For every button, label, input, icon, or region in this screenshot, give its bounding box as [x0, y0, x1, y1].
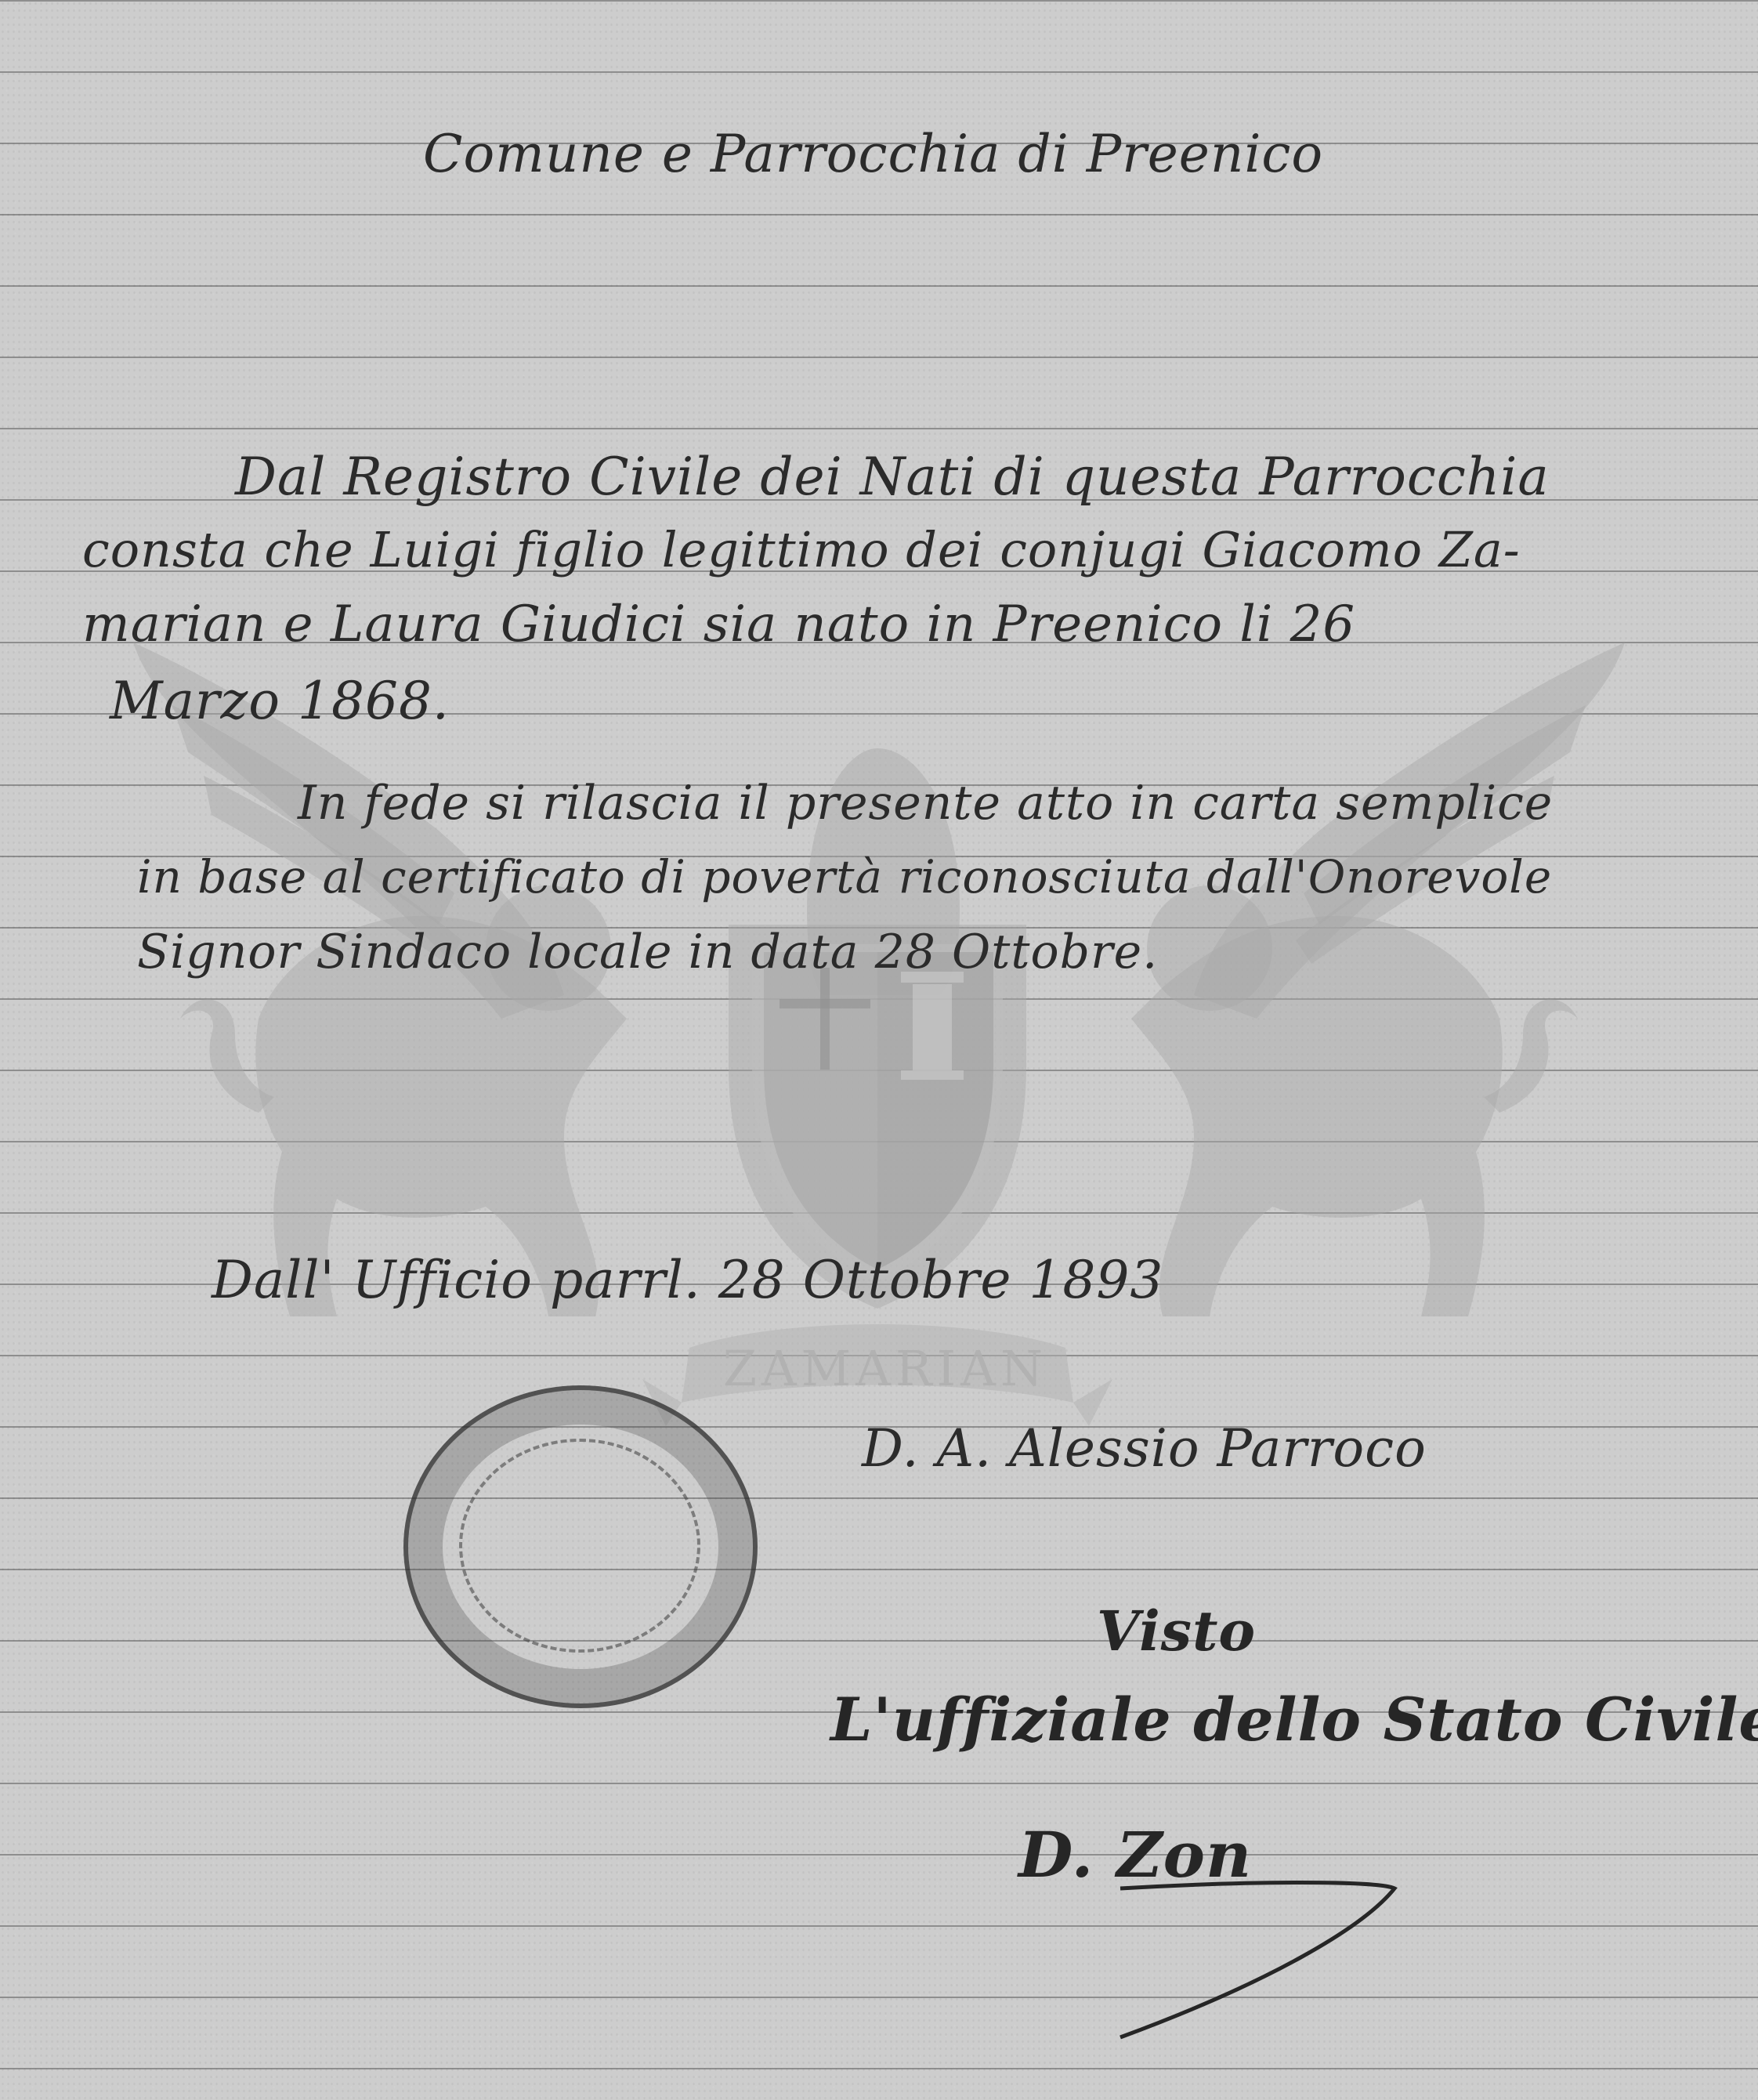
body-line-6: in base al certificato di povertà ricono… — [137, 850, 1552, 903]
document-page: ZAMARIAN Comune e Parrocchia di Preenico… — [0, 0, 1758, 2100]
column-icon — [901, 972, 964, 1080]
shield-right-half — [877, 952, 993, 1269]
document-header: Comune e Parrocchia di Preenico — [423, 124, 1323, 184]
official-signature: L'uffiziale dello Stato Civile — [830, 1685, 1758, 1754]
body-line-7: Signor Sindaco locale in data 28 Ottobre… — [137, 925, 1158, 979]
shield-left-half — [764, 952, 877, 1269]
dateline: Dall' Ufficio parrl. 28 Ottobre 1893 — [212, 1250, 1163, 1310]
parish-stamp — [403, 1385, 758, 1708]
paper-grain — [0, 0, 1758, 2100]
body-line-3: marian e Laura Giudici sia nato in Preen… — [82, 596, 1355, 654]
cross-icon — [780, 968, 870, 1070]
body-line-5: In fede si rilascia il presente atto in … — [298, 776, 1553, 831]
body-line-1: Dal Registro Civile dei Nati di questa P… — [235, 447, 1550, 507]
winged-lion-right-icon — [1131, 643, 1625, 1316]
body-line-2: consta che Luigi figlio legittimo dei co… — [82, 521, 1521, 578]
zamarian-crest-watermark — [0, 0, 1758, 2100]
stamp-inner-ring — [459, 1439, 700, 1653]
watermark-text: ZAMARIAN — [705, 1340, 1065, 1397]
signature-flourish — [1097, 1849, 1536, 2045]
winged-lion-left-icon — [133, 643, 627, 1316]
priest-signature: D. A. Alessio Parroco — [862, 1418, 1427, 1479]
body-line-4: Marzo 1868. — [110, 671, 450, 731]
visto-mark: Visto — [1097, 1599, 1256, 1664]
